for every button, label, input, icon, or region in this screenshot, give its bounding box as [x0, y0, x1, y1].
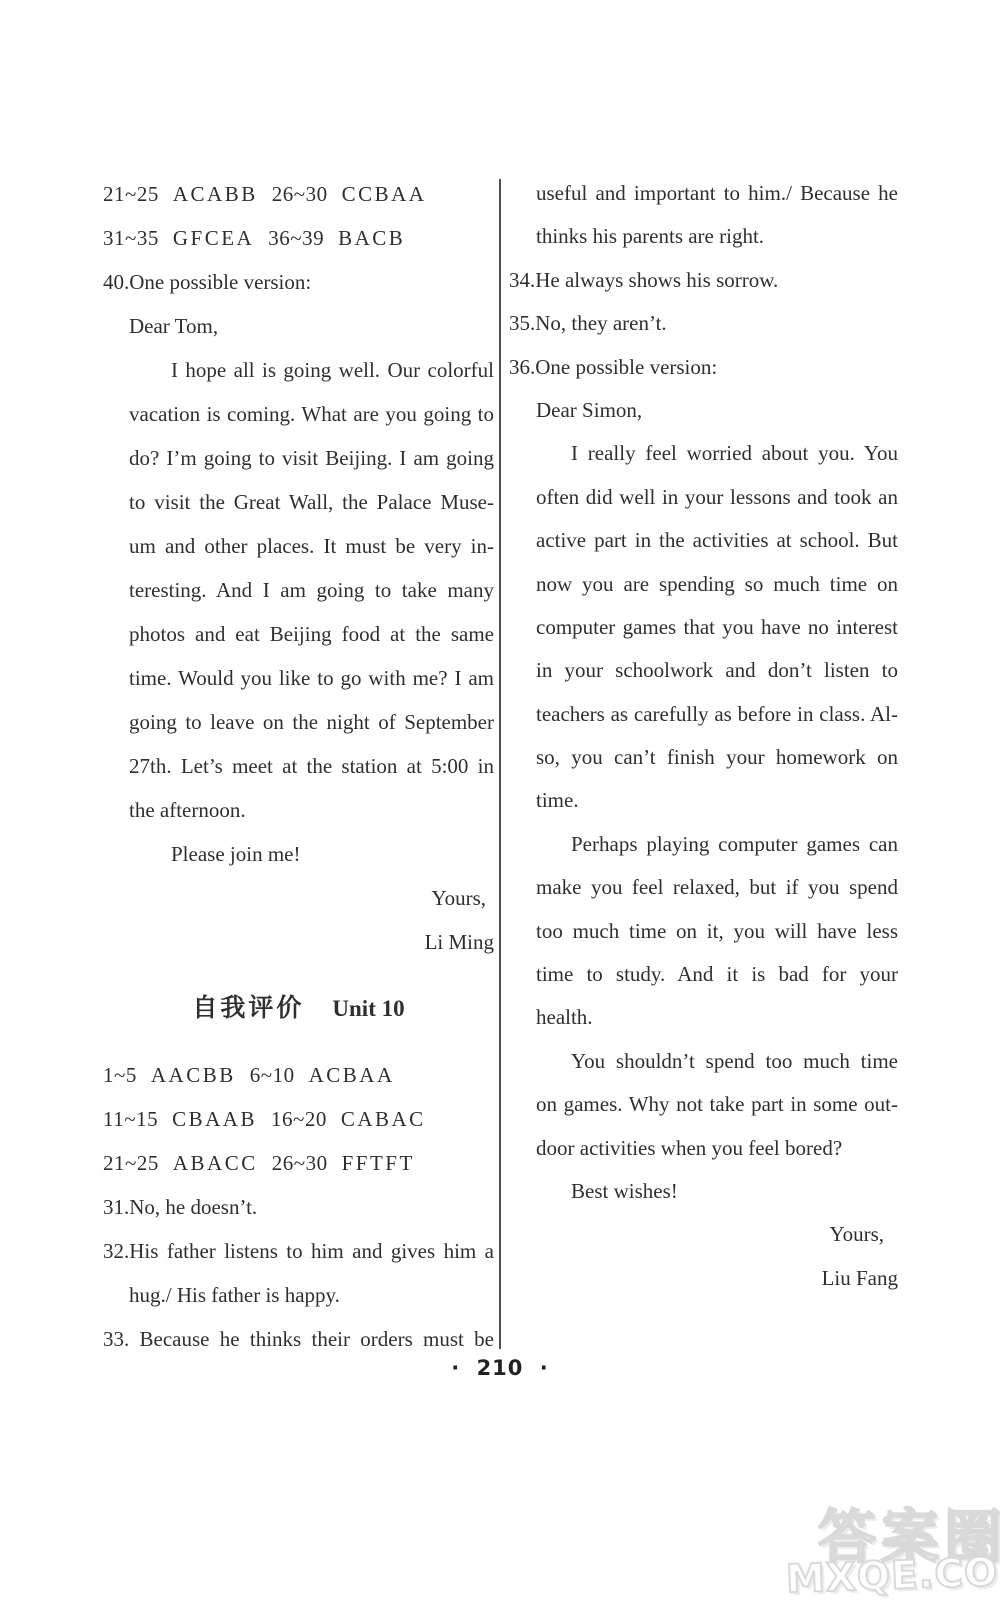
- letter-signature-name: Liu Fang: [509, 1257, 898, 1300]
- letter-line: um and other places. It must be very in-: [103, 524, 494, 568]
- question-range: 36~39: [268, 216, 324, 260]
- letter-salutation: Dear Simon,: [509, 389, 898, 432]
- watermark-site: MXQE.COM: [785, 1549, 1000, 1600]
- letter-line: going to leave on the night of September: [103, 700, 494, 744]
- answer-item-line: hug./ His father is happy.: [103, 1273, 494, 1317]
- letter-line: active part in the activities at school.…: [509, 519, 898, 562]
- letter-salutation: Dear Tom,: [103, 304, 494, 348]
- letter-line: You shouldn’t spend too much time: [509, 1040, 898, 1083]
- question-range: 26~30: [272, 1141, 328, 1185]
- letter-signature-yours: Yours,: [103, 876, 494, 920]
- answer-key-row: 21~25 ACABB 26~30 CCBAA: [103, 172, 494, 216]
- answer-letters: CBAAB: [172, 1097, 257, 1141]
- answer-key-row: 21~25 ABACC 26~30 FFTFT: [103, 1141, 494, 1185]
- question-range: 16~20: [271, 1097, 327, 1141]
- letter-line: Best wishes!: [509, 1170, 898, 1213]
- answer-letters: GFCEA: [173, 216, 254, 260]
- section-heading-unit: Unit 10: [332, 996, 404, 1021]
- answer-item-line: useful and important to him./ Because he: [509, 172, 898, 215]
- letter-line: time. Would you like to go with me? I am: [103, 656, 494, 700]
- question-range: 31~35: [103, 216, 159, 260]
- letter-line: I really feel worried about you. You: [509, 432, 898, 475]
- question-range: 6~10: [250, 1053, 295, 1097]
- answer-letters: ACBAA: [309, 1053, 395, 1097]
- answer-item-line: 35.No, they aren’t.: [509, 302, 898, 345]
- letter-line: time to study. And it is bad for your: [509, 953, 898, 996]
- scanned-answer-page: 21~25 ACABB 26~30 CCBAA 31~35 GFCEA 36~3…: [0, 0, 1000, 1600]
- letter-line: to visit the Great Wall, the Palace Muse…: [103, 480, 494, 524]
- letter-line: time.: [509, 779, 898, 822]
- answer-item-line: 32.His father listens to him and gives h…: [103, 1229, 494, 1273]
- right-column: useful and important to him./ Because he…: [509, 172, 898, 1300]
- letter-line: door activities when you feel bored?: [509, 1127, 898, 1170]
- letter-line: health.: [509, 996, 898, 1039]
- question-range: 21~25: [103, 172, 159, 216]
- answer-item-line: thinks his parents are right.: [509, 215, 898, 258]
- section-heading: 自我评价 Unit 10: [103, 986, 494, 1030]
- letter-line: 27th. Let’s meet at the station at 5:00 …: [103, 744, 494, 788]
- answer-letters: FFTFT: [342, 1141, 415, 1185]
- answer-item-line: 31.No, he doesn’t.: [103, 1185, 494, 1229]
- answer-key-row: 31~35 GFCEA 36~39 BACB: [103, 216, 494, 260]
- column-divider: [499, 179, 501, 1349]
- letter-line: Please join me!: [103, 832, 494, 876]
- answer-letters: CCBAA: [342, 172, 427, 216]
- answer-letters: CABAC: [341, 1097, 426, 1141]
- letter-line: often did well in your lessons and took …: [509, 476, 898, 519]
- answer-letters: AACBB: [151, 1053, 236, 1097]
- letter-line: so, you can’t finish your homework on: [509, 736, 898, 779]
- letter-line: photos and eat Beijing food at the same: [103, 612, 494, 656]
- question-range: 21~25: [103, 1141, 159, 1185]
- question-range: 1~5: [103, 1053, 137, 1097]
- section-heading-chinese: 自我评价: [192, 993, 304, 1022]
- letter-line: the afternoon.: [103, 788, 494, 832]
- letter-line: Perhaps playing computer games can: [509, 823, 898, 866]
- letter-line: vacation is coming. What are you going t…: [103, 392, 494, 436]
- answer-letters: BACB: [338, 216, 405, 260]
- question-range: 26~30: [272, 172, 328, 216]
- letter-line: in your schoolwork and don’t listen to: [509, 649, 898, 692]
- answer-item-line: 34.He always shows his sorrow.: [509, 259, 898, 302]
- letter-line: on games. Why not take part in some out-: [509, 1083, 898, 1126]
- answer-key-row: 1~5 AACBB 6~10 ACBAA: [103, 1053, 494, 1097]
- left-column: 21~25 ACABB 26~30 CCBAA 31~35 GFCEA 36~3…: [103, 172, 494, 1361]
- letter-line: I hope all is going well. Our colorful: [103, 348, 494, 392]
- letter-line: teachers as carefully as before in class…: [509, 693, 898, 736]
- question-range: 11~15: [103, 1097, 158, 1141]
- answer-item-line: 33. Because he thinks their orders must …: [103, 1317, 494, 1361]
- letter-line: too much time on it, you will have less: [509, 910, 898, 953]
- answer-key-row: 11~15 CBAAB 16~20 CABAC: [103, 1097, 494, 1141]
- answer-item-line: 40.One possible version:: [103, 260, 494, 304]
- page-number: · 210 ·: [0, 1356, 1000, 1380]
- letter-line: make you feel relaxed, but if you spend: [509, 866, 898, 909]
- letter-signature-name: Li Ming: [103, 920, 494, 964]
- letter-line: do? I’m going to visit Beijing. I am goi…: [103, 436, 494, 480]
- letter-signature-yours: Yours,: [509, 1213, 898, 1256]
- letter-line: now you are spending so much time on: [509, 563, 898, 606]
- letter-line: teresting. And I am going to take many: [103, 568, 494, 612]
- answer-letters: ACABB: [173, 172, 258, 216]
- answer-letters: ABACC: [173, 1141, 258, 1185]
- letter-line: computer games that you have no interest: [509, 606, 898, 649]
- answer-item-line: 36.One possible version:: [509, 346, 898, 389]
